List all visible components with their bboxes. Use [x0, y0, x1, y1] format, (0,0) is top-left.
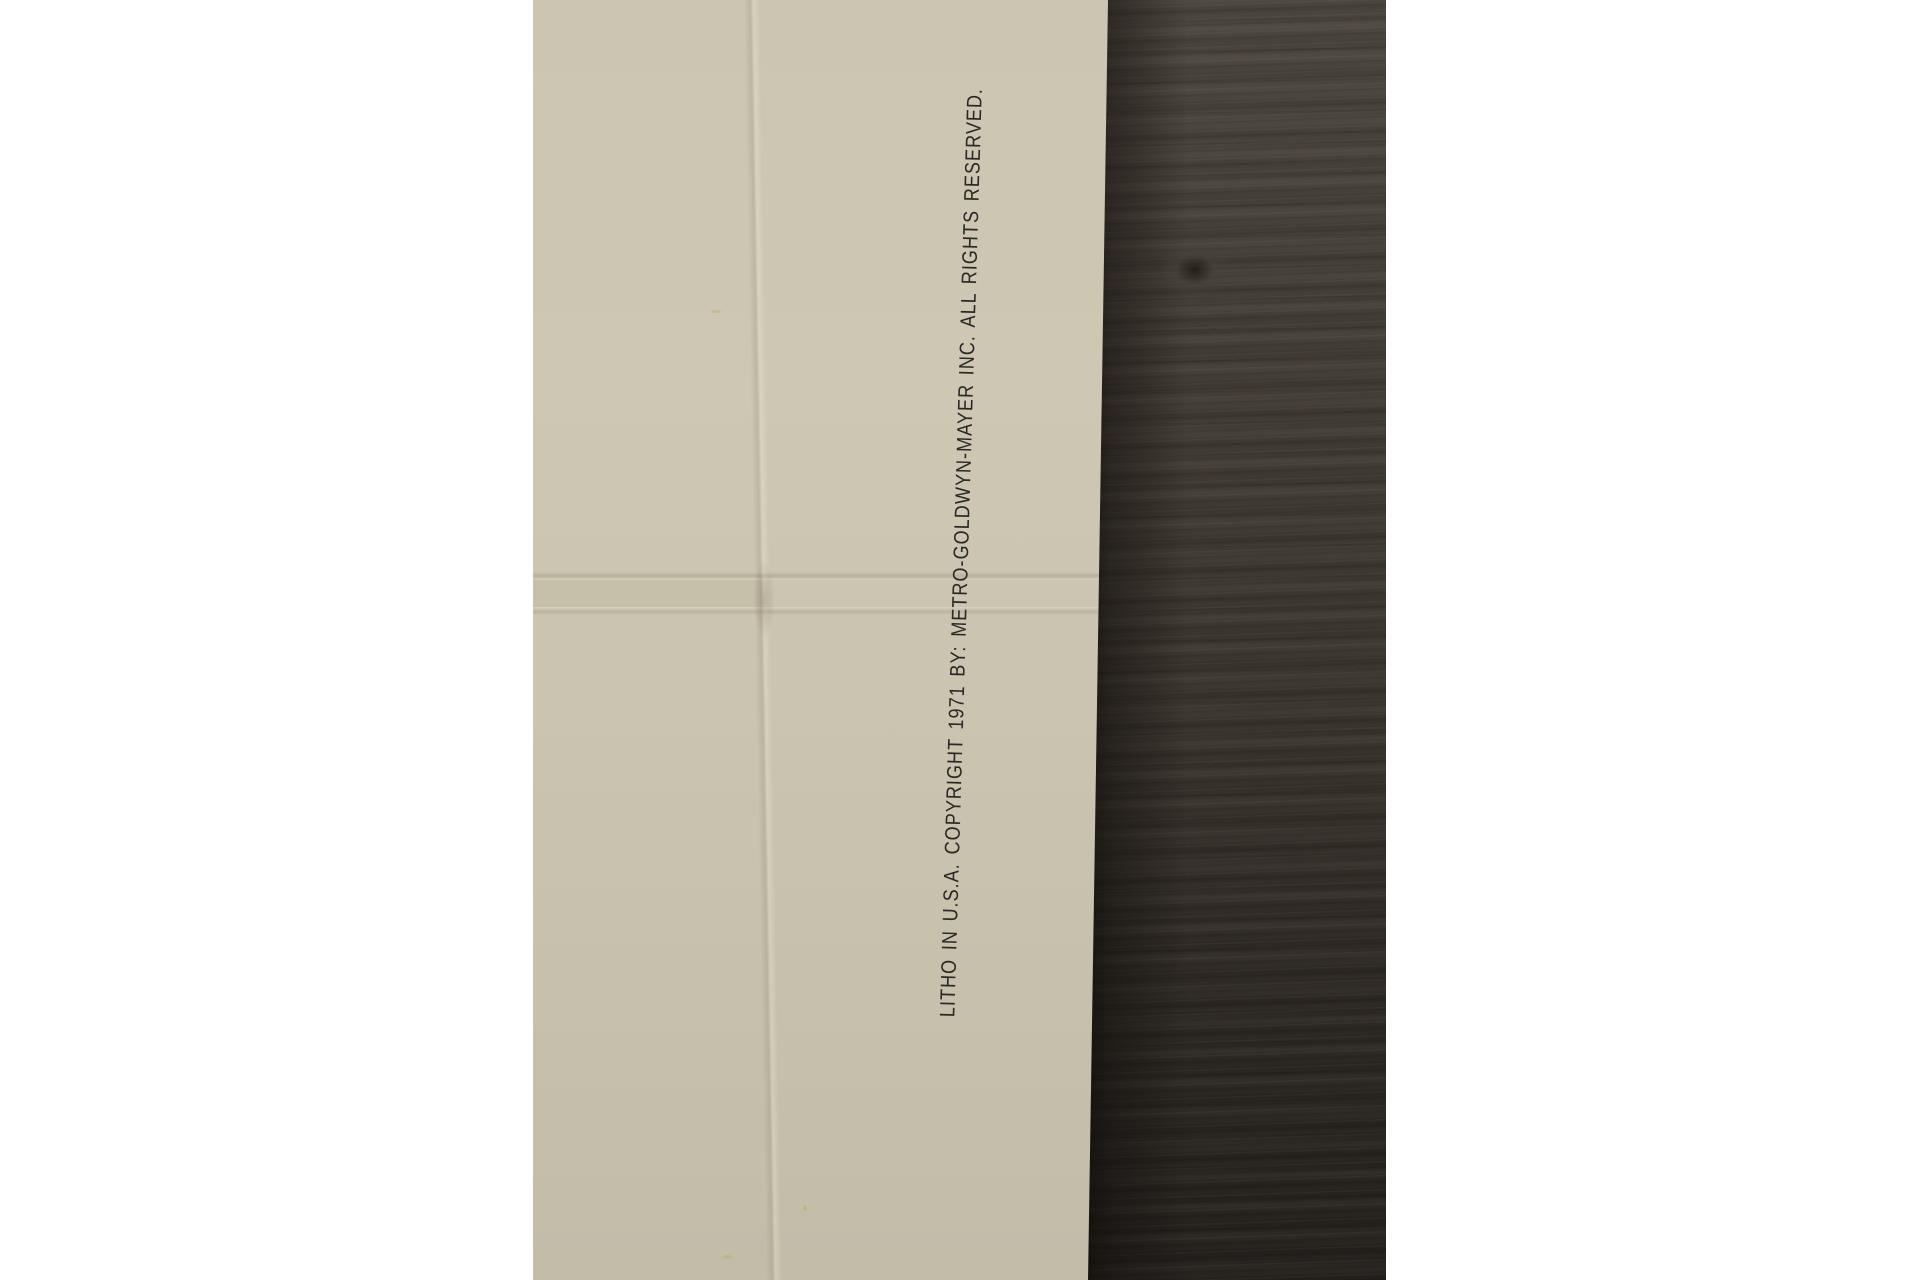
- copyright-text: LITHO IN U.S.A. COPYRIGHT 1971 BY: METRO…: [938, 88, 986, 1018]
- vertical-fold: [744, 0, 782, 1280]
- fold-crease: [753, 560, 775, 640]
- photograph: LITHO IN U.S.A. COPYRIGHT 1971 BY: METRO…: [533, 0, 1386, 1280]
- wood-knot: [1163, 240, 1233, 300]
- stain: [711, 310, 721, 313]
- horizontal-fold-band: [533, 580, 763, 607]
- copyright-notice: LITHO IN U.S.A. COPYRIGHT 1971 BY: METRO…: [936, 153, 984, 1093]
- horizontal-fold-bottom: [533, 607, 1108, 615]
- stain: [723, 1255, 732, 1259]
- horizontal-fold-top: [533, 572, 1108, 580]
- stain: [803, 1205, 807, 1211]
